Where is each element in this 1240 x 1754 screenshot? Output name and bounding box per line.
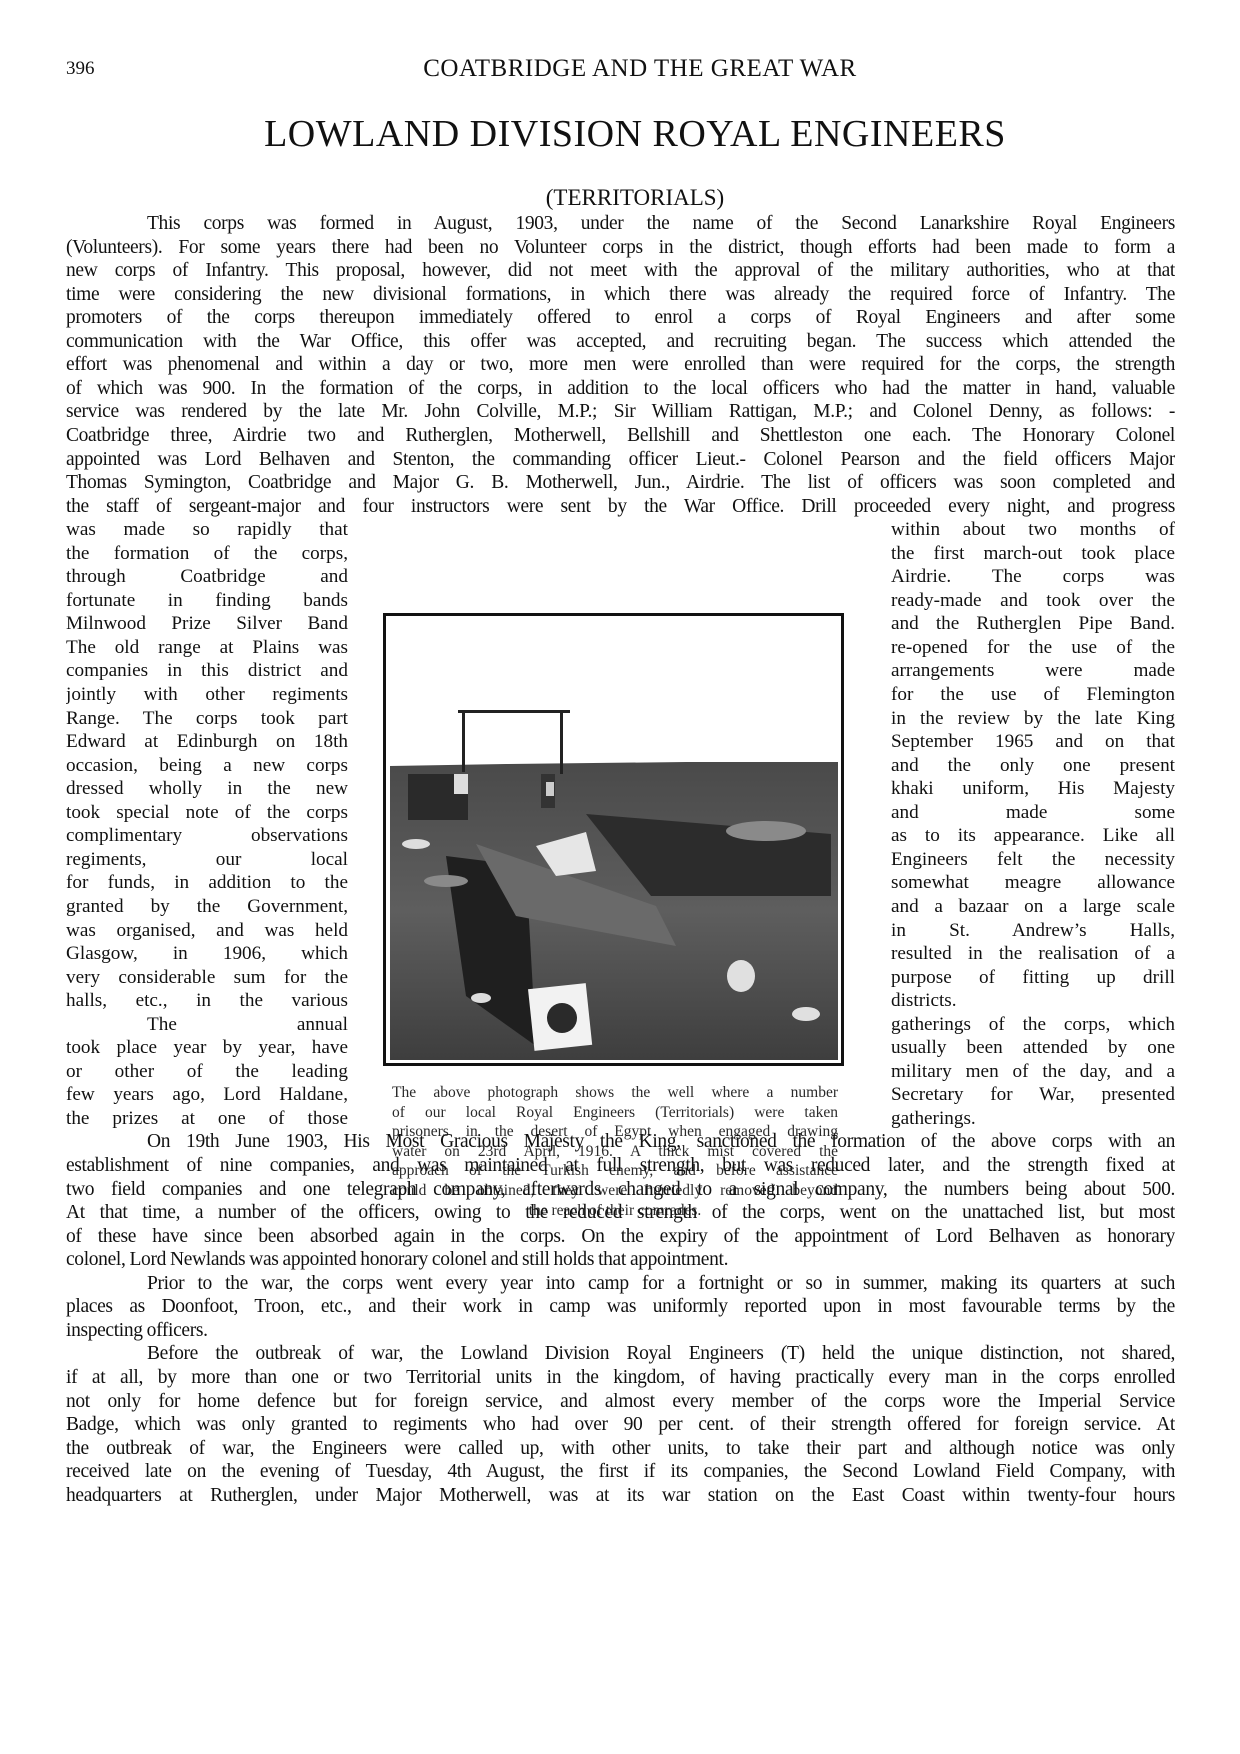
left-column-line: The annual xyxy=(66,1013,348,1037)
left-column-line: Glasgow, in 1906, which xyxy=(66,942,348,966)
right-column-line: Airdrie. The corps was xyxy=(891,565,1175,589)
text-line: establishment of nine companies, and was… xyxy=(66,1154,1175,1178)
running-head: COATBRIDGE AND THE GREAT WAR xyxy=(0,55,1240,83)
left-column-line: the prizes at one of those xyxy=(66,1107,348,1131)
left-column-line: companies in this district and xyxy=(66,659,348,683)
photo-illustration xyxy=(386,616,841,1063)
text-line: received late on the evening of Tuesday,… xyxy=(66,1460,1175,1484)
text-line: time were considering the new divisional… xyxy=(66,283,1175,307)
text-line: communication with the War Office, this … xyxy=(66,330,1175,354)
article-subtitle: (TERRITORIALS) xyxy=(0,185,1240,211)
text-line: At that time, a number of the officers, … xyxy=(66,1201,1175,1225)
right-column-line: within about two months of xyxy=(891,518,1175,542)
left-column-line: for funds, in addition to the xyxy=(66,871,348,895)
text-line: promoters of the corps thereupon immedia… xyxy=(66,306,1175,330)
left-column-line: fortunate in finding bands xyxy=(66,589,348,613)
left-column-line: dressed wholly in the new xyxy=(66,777,348,801)
left-column-line: Milnwood Prize Silver Band xyxy=(66,612,348,636)
right-column-line: September 1965 and on that xyxy=(891,730,1175,754)
left-column-line: few years ago, Lord Haldane, xyxy=(66,1083,348,1107)
left-column-line: complimentary observations xyxy=(66,824,348,848)
well-photograph xyxy=(383,613,844,1066)
right-column-line: the first march-out took place xyxy=(891,542,1175,566)
right-column-line: arrangements were made xyxy=(891,659,1175,683)
article-title: LOWLAND DIVISION ROYAL ENGINEERS xyxy=(0,112,1240,156)
text-line: new corps of Infantry. This proposal, ho… xyxy=(66,259,1175,283)
right-column-line: gatherings of the corps, which xyxy=(891,1013,1175,1037)
right-column-line: ready-made and took over the xyxy=(891,589,1175,613)
right-column-line: in St. Andrew’s Halls, xyxy=(891,919,1175,943)
text-line: if at all, by more than one or two Terri… xyxy=(66,1366,1175,1390)
text-line: appointed was Lord Belhaven and Stenton,… xyxy=(66,448,1175,472)
text-line: On 19th June 1903, His Most Gracious Maj… xyxy=(147,1130,1175,1154)
text-line: service was rendered by the late Mr. Joh… xyxy=(66,400,1175,424)
right-column-line: Secretary for War, presented xyxy=(891,1083,1175,1107)
left-column-line: or other of the leading xyxy=(66,1060,348,1084)
left-column-line: granted by the Government, xyxy=(66,895,348,919)
right-column-line: usually been attended by one xyxy=(891,1036,1175,1060)
left-column-line: was made so rapidly that xyxy=(66,518,348,542)
text-line: of which was 900. In the formation of th… xyxy=(66,377,1175,401)
right-column-line: resulted in the realisation of a xyxy=(891,942,1175,966)
text-line: two field companies and one telegraph co… xyxy=(66,1178,1175,1202)
text-line: (Volunteers). For some years there had b… xyxy=(66,236,1175,260)
right-column-line: somewhat meagre allowance xyxy=(891,871,1175,895)
left-column-line: halls, etc., in the various xyxy=(66,989,348,1013)
text-line: of these have since been absorbed again … xyxy=(66,1225,1175,1249)
left-column-line: The old range at Plains was xyxy=(66,636,348,660)
right-column-line: in the review by the late King xyxy=(891,707,1175,731)
left-column-line: jointly with other regiments xyxy=(66,683,348,707)
right-column-line: khaki uniform, His Majesty xyxy=(891,777,1175,801)
left-column-line: very considerable sum for the xyxy=(66,966,348,990)
caption-line: The above photograph shows the well wher… xyxy=(392,1083,838,1103)
text-line: not only for home defence but for foreig… xyxy=(66,1390,1175,1414)
text-line: effort was phenomenal and within a day o… xyxy=(66,353,1175,377)
left-column-line: through Coatbridge and xyxy=(66,565,348,589)
text-line: Thomas Symington, Coatbridge and Major G… xyxy=(66,471,1175,495)
text-line: Badge, which was only granted to regimen… xyxy=(66,1413,1175,1437)
right-column-line: for the use of Flemington xyxy=(891,683,1175,707)
left-column-line: was organised, and was held xyxy=(66,919,348,943)
right-column-line: re-opened for the use of the xyxy=(891,636,1175,660)
text-line: Prior to the war, the corps went every y… xyxy=(147,1272,1175,1296)
text-line: headquarters at Rutherglen, under Major … xyxy=(66,1484,1175,1508)
text-line: This corps was formed in August, 1903, u… xyxy=(147,212,1175,236)
right-column-line: as to its appearance. Like all xyxy=(891,824,1175,848)
right-column-line: districts. xyxy=(891,989,1175,1013)
left-column-line: occasion, being a new corps xyxy=(66,754,348,778)
right-column-line: and a bazaar on a large scale xyxy=(891,895,1175,919)
left-column-line: regiments, our local xyxy=(66,848,348,872)
left-column-line: Range. The corps took part xyxy=(66,707,348,731)
left-column-line: took special note of the corps xyxy=(66,801,348,825)
left-column-line: took place year by year, have xyxy=(66,1036,348,1060)
right-column-line: and the Rutherglen Pipe Band. xyxy=(891,612,1175,636)
text-line: places as Doonfoot, Troon, etc., and the… xyxy=(66,1295,1175,1319)
right-column-line: purpose of fitting up drill xyxy=(891,966,1175,990)
left-column-line: the formation of the corps, xyxy=(66,542,348,566)
text-line: the staff of sergeant-major and four ins… xyxy=(66,495,1175,519)
text-line: the outbreak of war, the Engineers were … xyxy=(66,1437,1175,1461)
text-line: inspecting officers. xyxy=(66,1319,1175,1343)
caption-line: of our local Royal Engineers (Territoria… xyxy=(392,1103,838,1123)
right-column-line: military men of the day, and a xyxy=(891,1060,1175,1084)
left-column-line: Edward at Edinburgh on 18th xyxy=(66,730,348,754)
text-line: Coatbridge three, Airdrie two and Ruther… xyxy=(66,424,1175,448)
text-line: Before the outbreak of war, the Lowland … xyxy=(147,1342,1175,1366)
right-column-line: Engineers felt the necessity xyxy=(891,848,1175,872)
right-column-line: and the only one present xyxy=(891,754,1175,778)
text-line: colonel, Lord Newlands was appointed hon… xyxy=(66,1248,1175,1272)
right-column-line: gatherings. xyxy=(891,1107,1175,1131)
right-column-line: and made some xyxy=(891,801,1175,825)
